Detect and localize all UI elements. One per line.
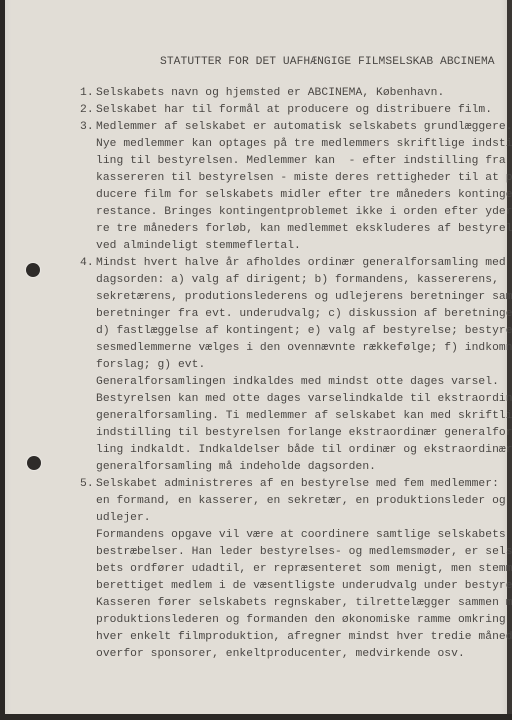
section-text: udlejer. — [96, 510, 151, 527]
section-text: Kasseren fører selskabets regnskaber, ti… — [96, 595, 512, 612]
section-text: Bestyrelsen kan med otte dages varselind… — [96, 391, 512, 408]
section-text: bestræbelser. Han leder bestyrelses- og … — [96, 544, 512, 561]
section-text: d) fastlæggelse af kontingent; e) valg a… — [96, 323, 512, 340]
page-edge-bottom — [0, 714, 512, 720]
punch-hole — [26, 263, 40, 277]
section-text: re tre måneders forløb, kan medlemmet ek… — [96, 221, 512, 238]
section-text: generalforsamling må indeholde dagsorden… — [96, 459, 376, 476]
section-text: sekretærens, produtionslederens og udlej… — [96, 289, 512, 306]
section-text: Medlemmer af selskabet er automatisk sel… — [96, 119, 512, 136]
section-text: kassereren til bestyrelsen - miste deres… — [96, 170, 512, 187]
punch-hole — [27, 456, 41, 470]
page-edge-right — [507, 0, 512, 720]
section-text: ling til bestyrelsen. Medlemmer kan - ef… — [96, 153, 506, 170]
page-edge-left — [0, 0, 5, 720]
section-text: indstilling til bestyrelsen forlange eks… — [96, 425, 512, 442]
section-text: Selskabet har til formål at producere og… — [96, 102, 492, 119]
section-text: Mindst hvert halve år afholdes ordinær g… — [96, 255, 512, 272]
section-number: 1. — [80, 85, 94, 102]
section-text: produktionslederen og formanden den økon… — [96, 612, 506, 629]
section-number: 3. — [80, 119, 94, 136]
section-number: 5. — [80, 476, 94, 493]
section-text: bets ordfører udadtil, er repræsenteret … — [96, 561, 512, 578]
section-text: forslag; g) evt. — [96, 357, 205, 374]
section-text: sesmedlemmerne vælges i den ovennævnte r… — [96, 340, 512, 357]
document-title: STATUTTER FOR DET UAFHÆNGIGE FILMSELSKAB… — [160, 56, 495, 68]
section-text: Generalforsamlingen indkaldes med mindst… — [96, 374, 499, 391]
section-text: hver enkelt filmproduktion, afregner min… — [96, 629, 512, 646]
section-text: beretninger fra evt. underudvalg; c) dis… — [96, 306, 512, 323]
section-text: restance. Bringes kontingentproblemet ik… — [96, 204, 512, 221]
section-text: en formand, en kasserer, en sekretær, en… — [96, 493, 512, 510]
document-text: STATUTTER FOR DET UAFHÆNGIGE FILMSELSKAB… — [80, 0, 94, 48]
section-text: overfor sponsorer, enkeltproducenter, me… — [96, 646, 465, 663]
section-text: generalforsamling. Ti medlemmer af selsk… — [96, 408, 512, 425]
section-text: Selskabet administreres af en bestyrelse… — [96, 476, 499, 493]
section-text: Selskabets navn og hjemsted er ABCINEMA,… — [96, 85, 444, 102]
section-text: Nye medlemmer kan optages på tre medlemm… — [96, 136, 512, 153]
section-text: Formandens opgave vil være at coordinere… — [96, 527, 506, 544]
section-number: 2. — [80, 102, 94, 119]
section-text: ved almindeligt stemmeflertal. — [96, 238, 301, 255]
section-number: 4. — [80, 255, 94, 272]
section-text: ducere film for selskabets midler efter … — [96, 187, 512, 204]
section-text: berettiget medlem i de væsentligste unde… — [96, 578, 512, 595]
section-text: dagsorden: a) valg af dirigent; b) forma… — [96, 272, 499, 289]
section-text: ling indkaldt. Indkaldelser både til ord… — [96, 442, 512, 459]
